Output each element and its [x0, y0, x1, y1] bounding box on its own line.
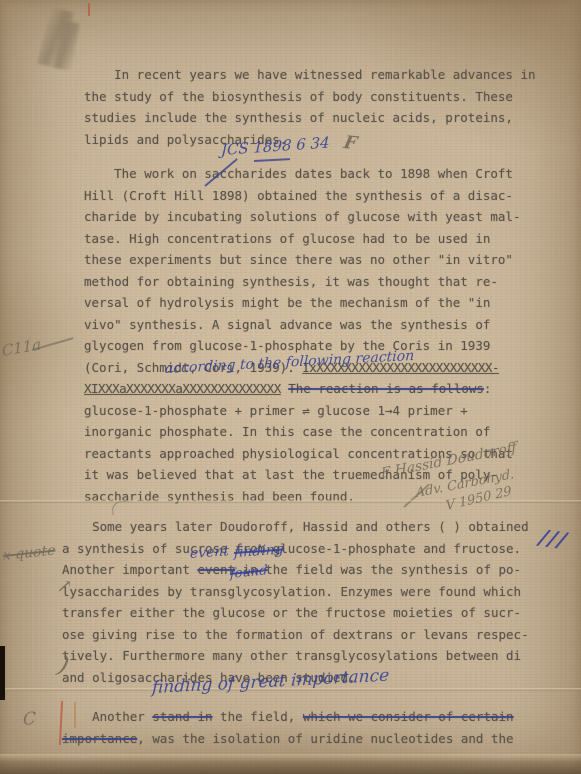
- typed-line: method for obtaining synthesis, it was t…: [84, 271, 521, 293]
- red-stroke-bottom-left-2: [74, 702, 76, 728]
- typed-line: tase. High concentrations of glucose had…: [84, 228, 521, 250]
- typed-line: tively. Furthermore many other transglyc…: [62, 645, 529, 667]
- red-tick-top: [88, 3, 90, 16]
- typed-line: In recent years we have witnessed remark…: [84, 64, 536, 86]
- typed-line: Hill (Croft Hill 1898) obtained the synt…: [84, 185, 521, 207]
- typed-line: importance, was the isolation of uridine…: [62, 728, 514, 750]
- typed-line: a synthesis of sucrose from glucose-1-ph…: [62, 538, 529, 560]
- typed-line: Another important event in the field was…: [62, 559, 529, 581]
- typed-line: studies include the synthesis of nucleic…: [84, 107, 536, 129]
- f-mark-top: F: [342, 132, 361, 154]
- c11a-margin-note: C11a: [1, 335, 41, 360]
- typed-line: glucose-1-phosphate + primer ⇌ glucose 1…: [84, 400, 521, 422]
- typed-line: Some years later Doudoroff, Hassid and o…: [62, 516, 529, 538]
- underline-1898-mark: [254, 158, 290, 162]
- typed-line: lysaccharides by transglycosylation. Enz…: [62, 581, 529, 603]
- scan-edge-black: [0, 646, 5, 700]
- event-insertion-note: event: [190, 543, 230, 562]
- typed-line: the study of the biosynthesis of body co…: [84, 86, 536, 108]
- triple-slash-mark: ///: [537, 524, 570, 552]
- typed-line: charide by incubating solutions of gluco…: [84, 206, 521, 228]
- typed-line: transfer either the glucose or the fruct…: [62, 602, 529, 624]
- typed-line: XIXXXaXXXXXXXaXXXXXXXXXXXXXX The reactio…: [84, 378, 521, 400]
- arrow-margin-mark: ↗: [56, 576, 73, 597]
- c-margin-mark: C: [23, 709, 36, 730]
- paragraph-3: Some years later Doudoroff, Hassid and o…: [62, 516, 529, 688]
- typed-line: ose giving rise to the formation of dext…: [62, 624, 529, 646]
- scanned-page: In recent years we have witnessed remark…: [0, 0, 581, 774]
- typed-line: these experiments but since there was no…: [84, 249, 521, 271]
- typed-line: versal of hydrolysis might be the mechan…: [84, 292, 521, 314]
- paragraph-4: Another stand in the field, which we con…: [62, 706, 514, 749]
- torn-bottom-edge: [0, 754, 581, 774]
- typed-line: vivo" synthesis. A signal advance was th…: [84, 314, 521, 336]
- quote-margin-note: x quote: [3, 542, 55, 564]
- typed-line: The work on saccharides dates back to 18…: [84, 163, 521, 185]
- typed-line: inorganic phosphate. In this case the co…: [84, 421, 521, 443]
- typed-line: Another stand in the field, which we con…: [62, 706, 514, 728]
